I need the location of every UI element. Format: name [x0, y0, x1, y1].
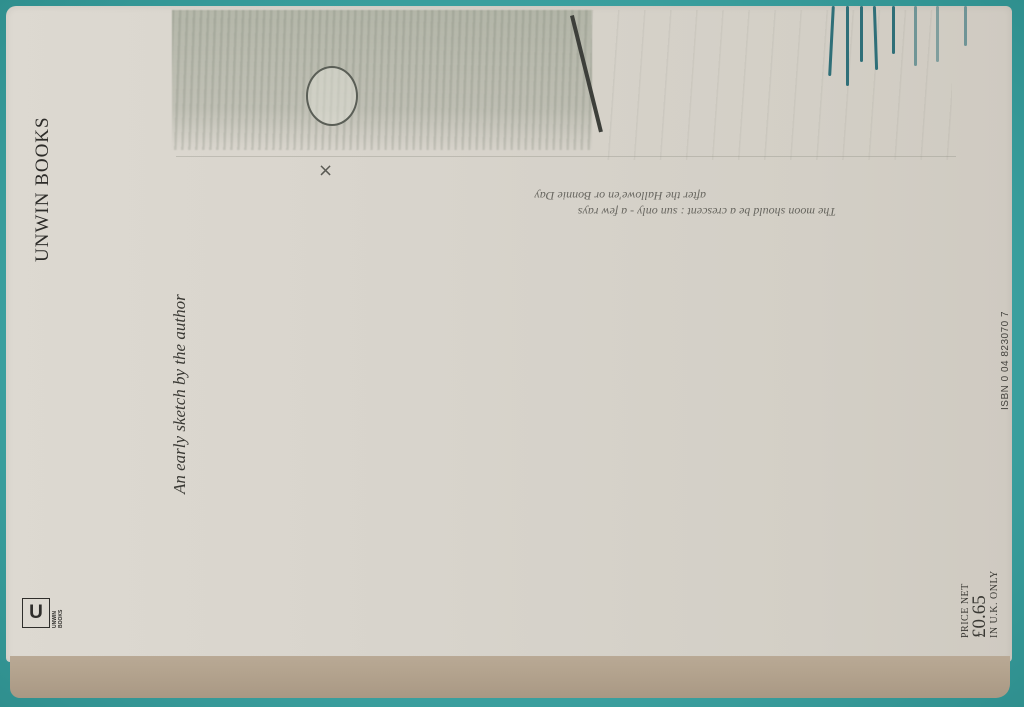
logo-letter-icon: U — [22, 598, 50, 628]
handwritten-note: The moon should be a crescent : sun only… — [246, 174, 836, 220]
moon-circle-icon — [306, 66, 358, 126]
handwritten-line-2: after the Hallowe'en or Bonnie Day — [246, 188, 836, 204]
isbn-number: ISBN 0 04 823070 7 — [1000, 311, 1011, 410]
publisher-logo: U UNWIN BOOKS — [22, 598, 62, 628]
shaded-sky — [172, 10, 592, 150]
pencil-guide-line — [176, 156, 956, 157]
book-back-cover: × The moon should be a crescent : sun on… — [6, 6, 1012, 698]
price-value: £0.65 — [971, 570, 989, 638]
price-block: PRICE NET £0.65 IN U.K. ONLY — [960, 570, 1000, 638]
page-edge — [10, 656, 1010, 698]
blue-ink-strokes — [826, 6, 976, 96]
publisher-name: UNWIN BOOKS — [32, 116, 54, 262]
price-note: IN U.K. ONLY — [989, 570, 1000, 638]
sketch-caption: An early sketch by the author — [170, 294, 190, 494]
handwritten-line-1: The moon should be a crescent : sun only… — [246, 204, 836, 220]
logo-text: UNWIN BOOKS — [52, 598, 62, 628]
